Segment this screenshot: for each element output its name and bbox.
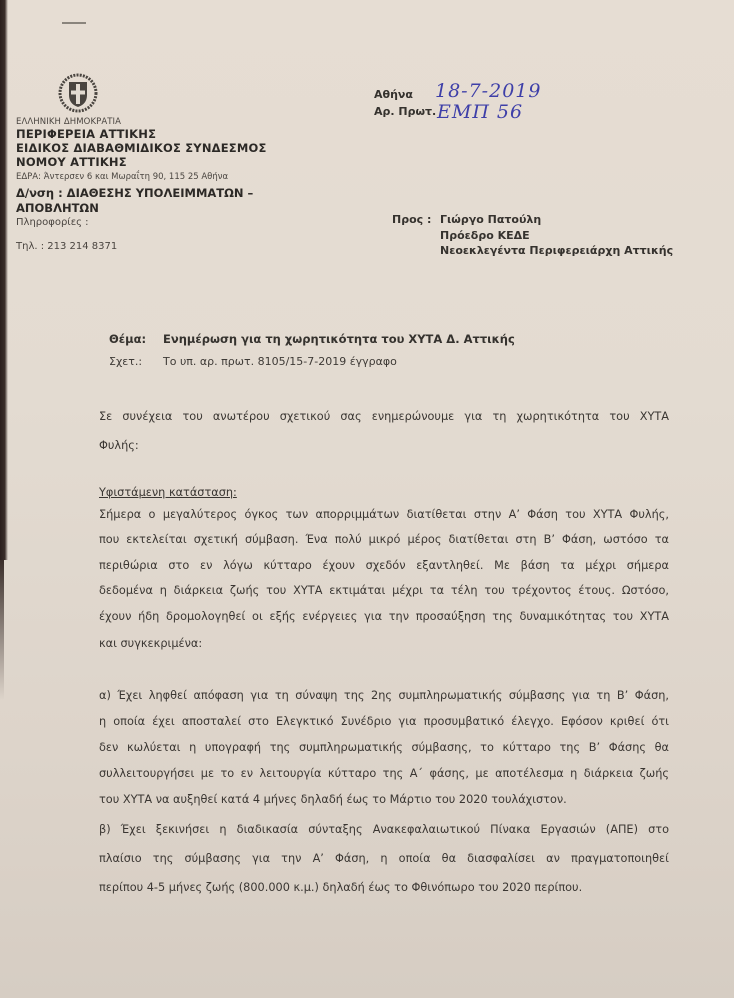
org-name-line1: ΠΕΡΙΦΕΡΕΙΑ ΑΤΤΙΚΗΣ (16, 127, 156, 141)
republic-label: ΕΛΛΗΝΙΚΗ ΔΗΜΟΚΡΑΤΙΑ (16, 117, 121, 127)
recipient-title2: Νεοεκλεγέντα Περιφερειάρχη Αττικής (440, 244, 673, 257)
handwritten-date: 18-7-2019 (435, 80, 541, 102)
section-line: Σήμερα ο μεγαλύτερος όγκος των απορριμμά… (99, 508, 669, 521)
item-b-line: β) Έχει ξεκινήσει η διαδικασία σύνταξης … (99, 823, 669, 836)
recipient-name: Γιώργο Πατούλη (440, 213, 541, 226)
recipient-label: Προς : (392, 213, 431, 226)
handwritten-protocol-number: ΕΜΠ 56 (437, 101, 523, 123)
org-address: ΕΔΡΑ: Άντερσεν 6 και Μωραΐτη 90, 115 25 … (16, 172, 228, 182)
page-edge-shadow (0, 0, 8, 560)
subject-text: Ενημέρωση για τη χωρητικότητα του ΧΥΤΑ Δ… (163, 332, 515, 346)
paper-mark (62, 22, 86, 24)
protocol-label: Αρ. Πρωτ. (374, 105, 436, 118)
org-name-line3: ΝΟΜΟΥ ΑΤΤΙΚΗΣ (16, 155, 127, 169)
section-line: που εκτελείται σχετική σύμβαση. Ένα πολύ… (99, 533, 669, 546)
item-a-line: α) Έχει ληφθεί απόφαση για τη σύναψη της… (99, 689, 669, 702)
item-a-line: συλλειτουργήσει με το εν λειτουργία κύττ… (99, 767, 669, 780)
department-line1: Δ/νση : ΔΙΑΘΕΣΗΣ ΥΠΟΛΕΙΜΜΑΤΩΝ – (16, 186, 253, 200)
item-a-line: δεν κωλύεται η υπογραφή της συμπληρωματι… (99, 741, 669, 754)
place-label: Αθήνα (374, 88, 413, 101)
section-line: δεδομένα η διάρκεια ζωής του ΧΥΤΑ εκτιμά… (99, 584, 669, 597)
section-title: Υφιστάμενη κατάσταση: (99, 486, 237, 499)
greek-coat-of-arms-icon (58, 73, 98, 113)
item-b-line: πλαίσιο της σύμβασης για την Α’ Φάση, η … (99, 852, 669, 865)
recipient-title1: Πρόεδρο ΚΕΔΕ (440, 229, 530, 242)
subject-label: Θέμα: (109, 332, 146, 346)
intro-line: Σε συνέχεια του ανωτέρου σχετικού σας εν… (99, 410, 669, 423)
item-b-line: περίπου 4-5 μήνες ζωής (800.000 κ.μ.) δη… (99, 881, 669, 894)
section-line: περιθώρια στο εν λόγω κύτταρο έχουν σχεδ… (99, 559, 669, 572)
item-a-line: η οποία έχει αποσταλεί στο Ελεγκτικό Συν… (99, 715, 669, 728)
org-name-line2: ΕΙΔΙΚΟΣ ΔΙΑΒΑΘΜΙΔΙΚΟΣ ΣΥΝΔΕΣΜΟΣ (16, 141, 267, 155)
page-edge-shadow-lower (0, 560, 4, 700)
section-line: και συγκεκριμένα: (99, 637, 669, 650)
reference-text: Το υπ. αρ. πρωτ. 8105/15-7-2019 έγγραφο (163, 355, 397, 368)
reference-label: Σχετ.: (109, 355, 142, 368)
phone-number: Τηλ. : 213 214 8371 (16, 241, 117, 252)
section-line: έχουν ήδη δρομολογηθεί οι εξής ενέργειες… (99, 610, 669, 623)
item-a-line: του ΧΥΤΑ να αυξηθεί κατά 4 μήνες δηλαδή … (99, 793, 669, 806)
department-line2: ΑΠΟΒΛΗΤΩΝ (16, 201, 99, 215)
info-label: Πληροφορίες : (16, 217, 89, 228)
intro-line: Φυλής: (99, 439, 669, 452)
